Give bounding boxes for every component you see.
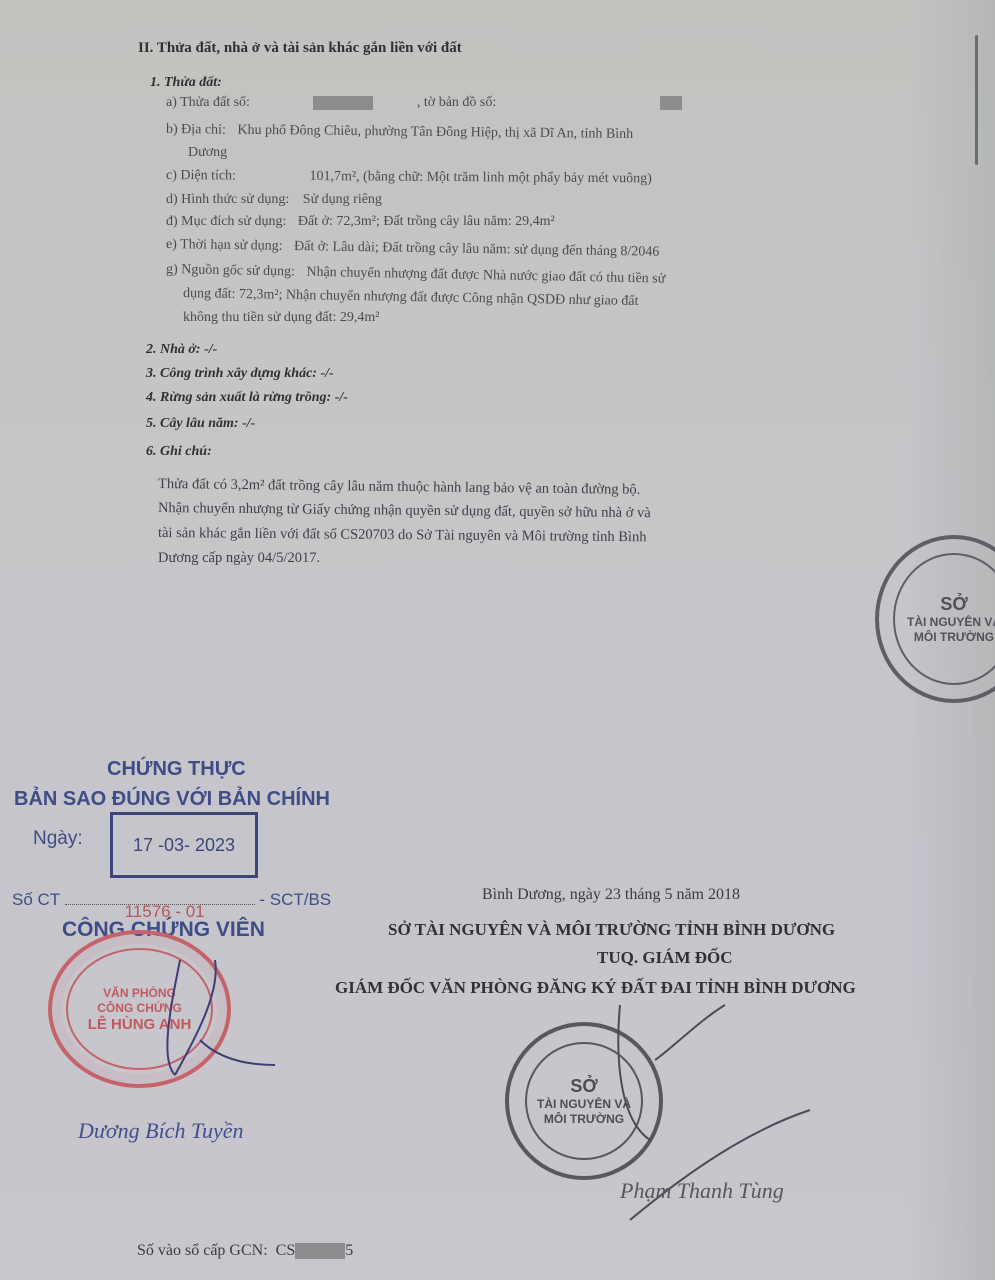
parcel-number-row: a) Thửa đất số: , tờ bản đồ số:	[166, 95, 682, 111]
certification-number-row: Số CT 11576 - 01 - SCT/BS	[12, 890, 331, 910]
certification-subtitle: BẢN SAO ĐÚNG VỚI BẢN CHÍNH	[14, 788, 330, 811]
issue-place-date: Bình Dương, ngày 23 tháng 5 năm 2018	[482, 886, 740, 904]
seal-text: SỞ	[940, 594, 967, 615]
issuer-organization: SỞ TÀI NGUYÊN VÀ MÔI TRƯỜNG TỈNH BÌNH DƯ…	[388, 920, 835, 940]
parcel-number-label: a) Thửa đất số:	[166, 95, 250, 110]
area-value: 101,7m², (bằng chữ: Một trăm linh một ph…	[309, 169, 651, 186]
certification-title: CHỨNG THỰC	[107, 758, 246, 781]
certification-date-value: 17 -03- 2023	[133, 835, 235, 856]
origin-line-3: không thu tiền sử dụng đất: 29,4m²	[183, 310, 380, 326]
certification-date-box: 17 -03- 2023	[110, 812, 258, 878]
issuer-on-behalf: TUQ. GIÁM ĐỐC	[597, 948, 733, 968]
side-department-seal: SỞ TÀI NGUYÊN VÀ MÔI TRƯỜNG	[875, 535, 995, 703]
certification-number-suffix: - SCT/BS	[259, 890, 331, 909]
usage-form-value: Sử dụng riêng	[303, 192, 382, 207]
usage-term-row: e) Thời hạn sử dụng: Đất ở: Lâu dài; Đất…	[166, 237, 660, 261]
registry-number-redacted	[295, 1243, 345, 1259]
note-line-3: tài sản khác gắn liền với đất số CS20703…	[158, 522, 647, 549]
notes-heading: 6. Ghi chú:	[146, 444, 212, 460]
issuer-position: GIÁM ĐỐC VĂN PHÒNG ĐĂNG KÝ ĐẤT ĐAI TỈNH …	[335, 978, 856, 998]
seal-text: MÔI TRƯỜNG	[914, 630, 994, 645]
address-label: b) Địa chỉ:	[166, 122, 226, 138]
note-line-4: Dương cấp ngày 04/5/2017.	[158, 547, 320, 570]
usage-term-label: e) Thời hạn sử dụng:	[166, 237, 283, 254]
origin-value-1: Nhận chuyển nhượng đất được Nhà nước gia…	[306, 265, 665, 287]
address-line-2: Dương	[188, 145, 227, 161]
origin-label: g) Nguồn gốc sử dụng:	[166, 262, 295, 279]
notary-signature-stroke	[160, 950, 280, 1080]
usage-purpose-value: Đất ở: 72,3m²; Đất trồng cây lâu năm: 29…	[298, 214, 555, 229]
address-row: b) Địa chỉ: Khu phố Đông Chiêu, phường T…	[166, 122, 633, 143]
usage-purpose-row: đ) Mục đích sử dụng: Đất ở: 72,3m²; Đất …	[166, 214, 555, 230]
land-certificate-page: II. Thửa đất, nhà ở và tài sản khác gắn …	[0, 0, 995, 1280]
production-forest-item: 4. Rừng sản xuất là rừng trồng: -/-	[146, 390, 348, 406]
registry-number-label: Số vào sổ cấp GCN:	[137, 1242, 268, 1259]
seal-text: SỞ	[570, 1076, 597, 1097]
perennial-trees-item: 5. Cây lâu năm: -/-	[146, 416, 255, 432]
address-value: Khu phố Đông Chiêu, phường Tân Đông Hiệp…	[237, 123, 633, 142]
section-title: II. Thửa đất, nhà ở và tài sản khác gắn …	[138, 40, 462, 57]
other-construction-item: 3. Công trình xây dựng khác: -/-	[146, 366, 334, 382]
note-line-2: Nhận chuyển nhượng từ Giấy chứng nhận qu…	[158, 497, 651, 525]
usage-form-row: d) Hình thức sử dụng: Sử dụng riêng	[166, 192, 382, 208]
house-item: 2. Nhà ở: -/-	[146, 342, 217, 358]
usage-purpose-label: đ) Mục đích sử dụng:	[166, 214, 286, 229]
notary-signature-name: Dương Bích Tuyền	[78, 1118, 244, 1144]
usage-form-label: d) Hình thức sử dụng:	[166, 192, 289, 207]
map-sheet-label: , tờ bản đồ số:	[417, 95, 496, 110]
origin-row: g) Nguồn gốc sử dụng: Nhận chuyển nhượng…	[166, 262, 666, 288]
director-signature-name: Phạm Thanh Tùng	[620, 1178, 784, 1204]
origin-line-2: dụng đất: 72,3m²; Nhận chuyển nhượng đất…	[183, 286, 639, 310]
land-heading: 1. Thửa đất:	[150, 75, 222, 91]
parcel-number-redacted	[313, 96, 373, 110]
usage-term-value: Đất ở: Lâu dài; Đất trồng cây lâu năm: s…	[294, 239, 660, 260]
certification-number-label: Số CT	[12, 890, 60, 909]
certification-date-label: Ngày:	[33, 828, 83, 850]
registry-number-row: Số vào sổ cấp GCN: CS5	[137, 1242, 353, 1260]
map-sheet-redacted	[660, 96, 682, 110]
seal-text: TÀI NGUYÊN VÀ	[907, 615, 995, 630]
area-label: c) Diện tích:	[166, 168, 236, 183]
area-row: c) Diện tích: 101,7m², (bằng chữ: Một tr…	[166, 168, 652, 187]
